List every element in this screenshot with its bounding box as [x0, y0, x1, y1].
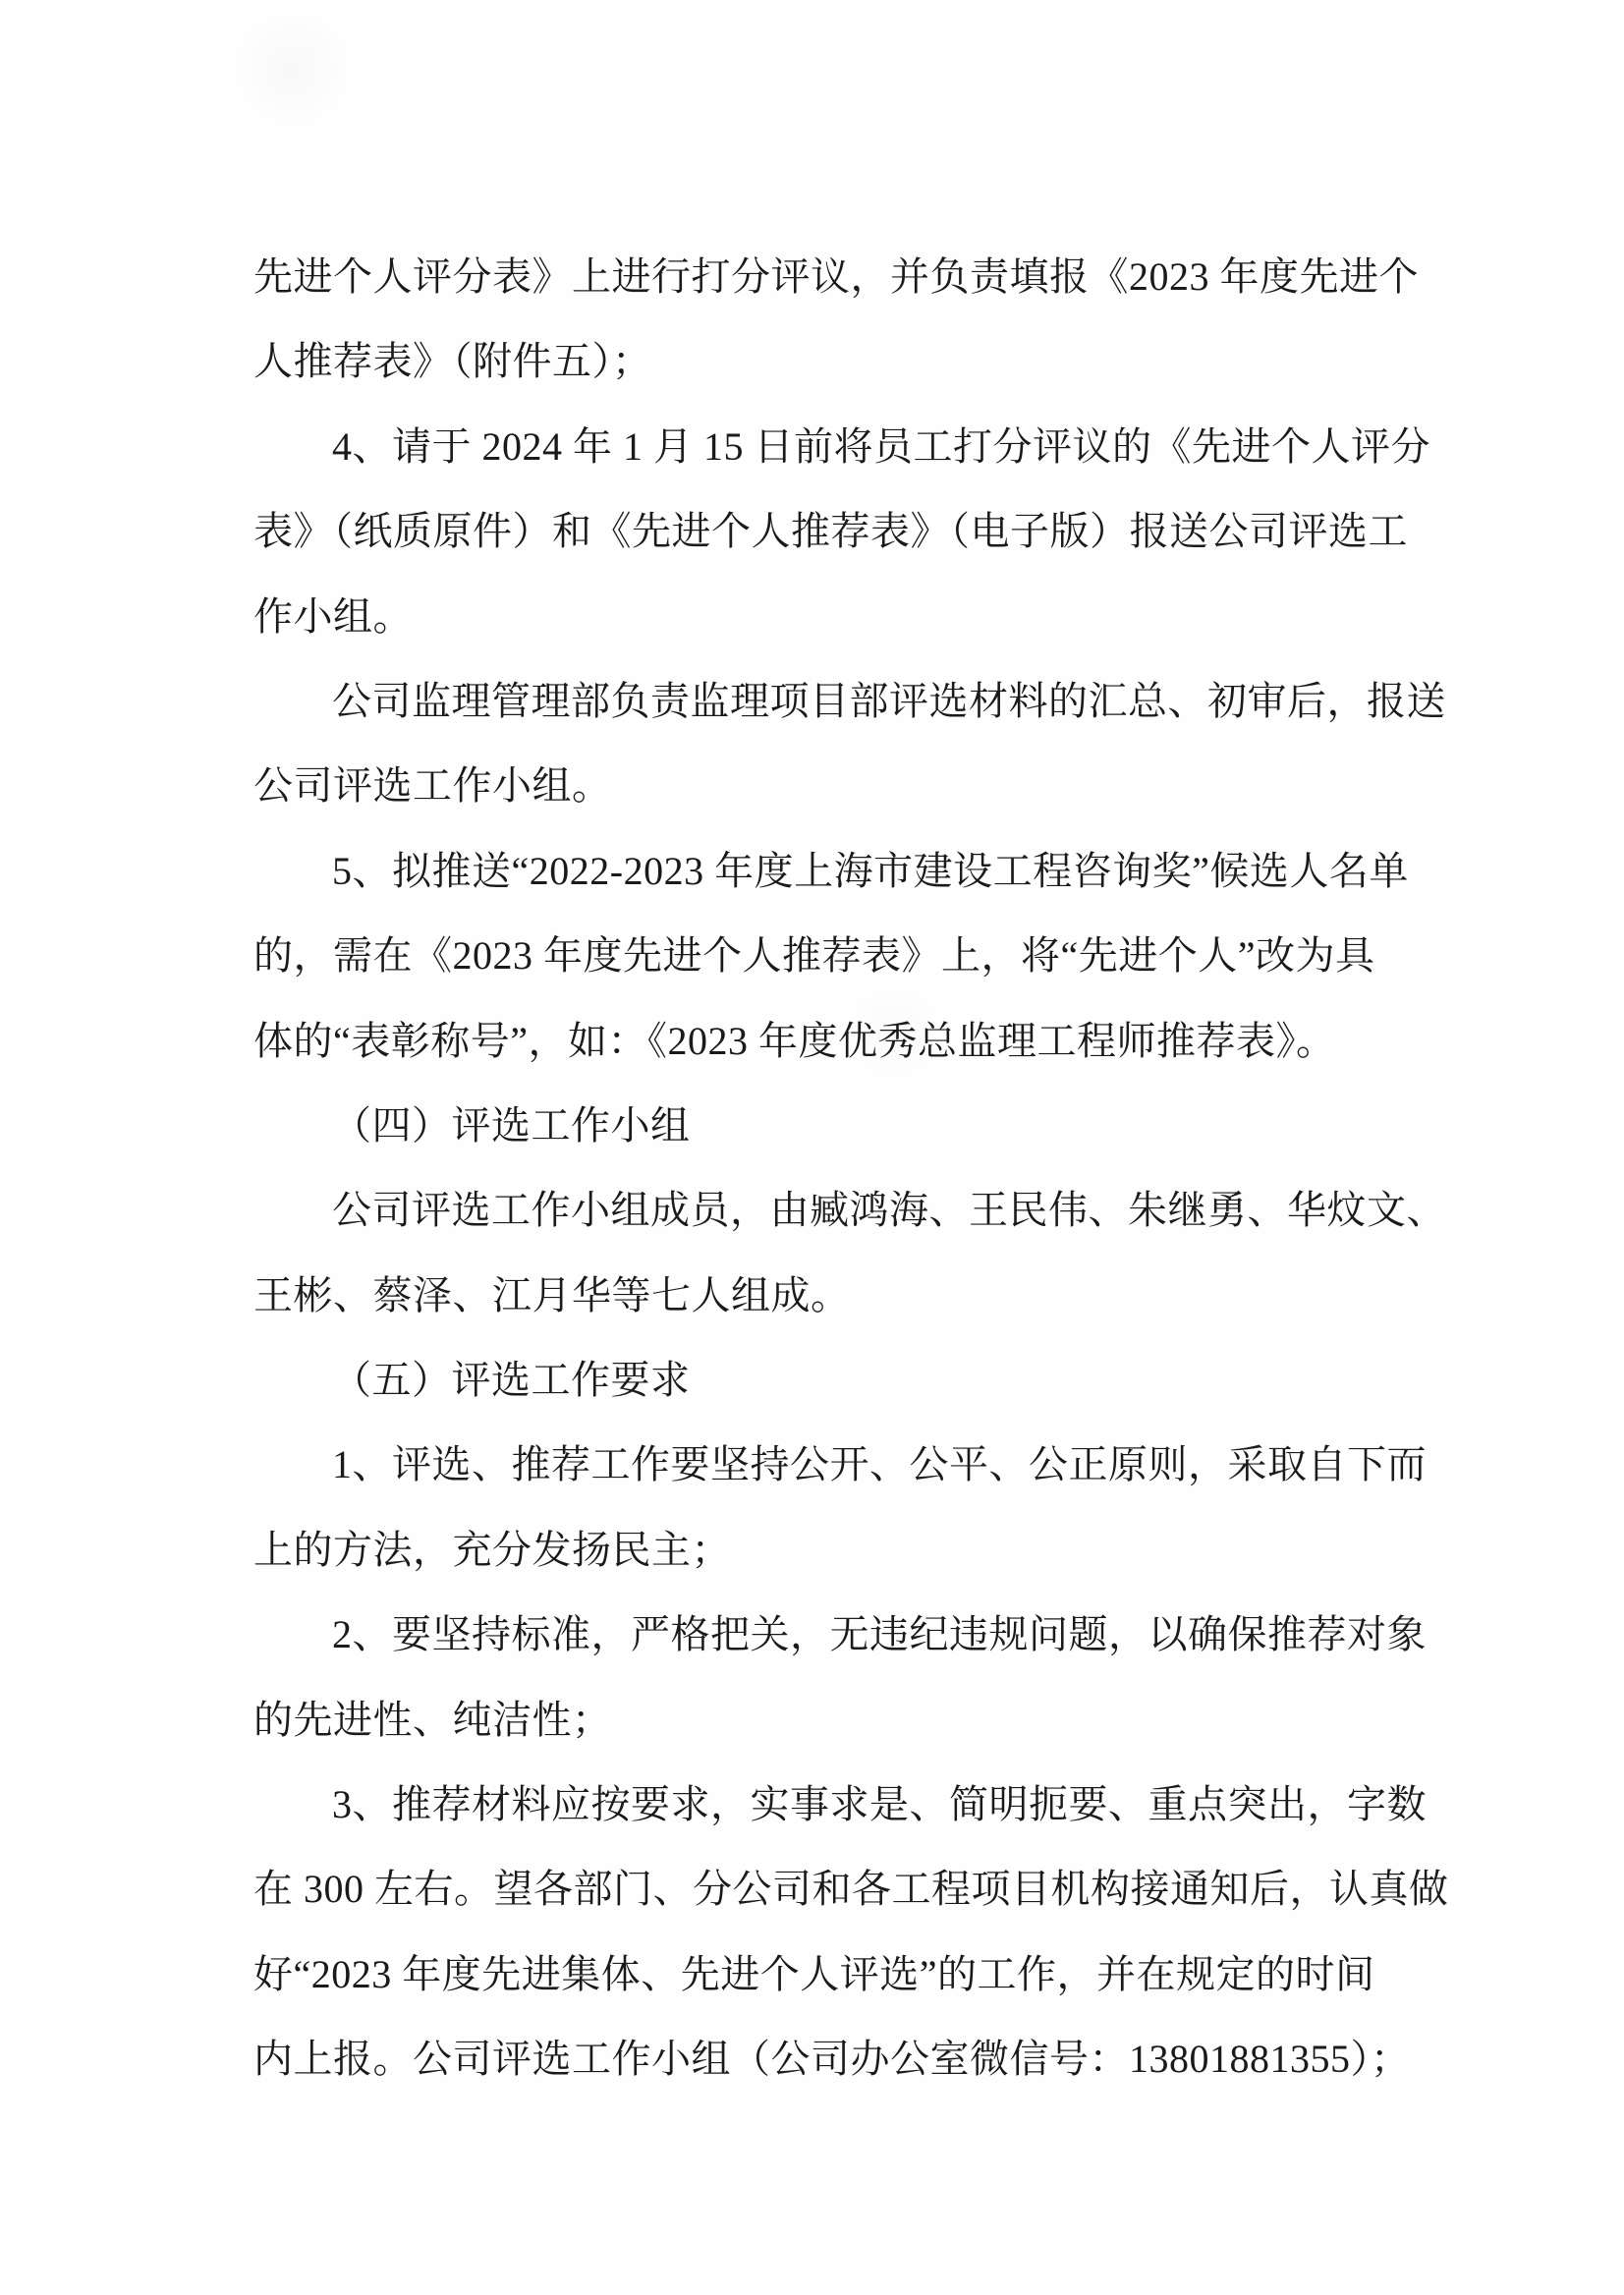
text-line: 1、评选、推荐工作要坚持公开、公平、公正原则，采取自下而 [253, 1423, 1423, 1507]
text-line: 5、拟推送“2022-2023 年度上海市建设工程咨询奖”候选人名单 [253, 829, 1423, 914]
text-line: （五）评选工作要求 [253, 1338, 1423, 1423]
text-line: 2、要坚持标准，严格把关，无违纪违规问题，以确保推荐对象 [253, 1593, 1423, 1677]
text-line: （四）评选工作小组 [253, 1084, 1423, 1168]
text-line: 内上报。公司评选工作小组（公司办公室微信号：13801881355）； [253, 2017, 1423, 2101]
text-line: 公司评选工作小组。 [253, 744, 1423, 828]
text-line: 上的方法，充分发扬民主； [253, 1508, 1423, 1593]
text-line: 先进个人评分表》上进行打分评议，并负责填报《2023 年度先进个 [253, 235, 1423, 319]
text-line: 体的“表彰称号”，如：《2023 年度优秀总监理工程师推荐表》。 [253, 999, 1423, 1084]
text-line: 王彬、蔡泽、江月华等七人组成。 [253, 1254, 1423, 1338]
text-line: 的先进性、纯洁性； [253, 1678, 1423, 1763]
text-line: 作小组。 [253, 575, 1423, 659]
text-line: 表》（纸质原件）和《先进个人推荐表》（电子版）报送公司评选工 [253, 489, 1423, 574]
text-line: 4、请于 2024 年 1 月 15 日前将员工打分评议的《先进个人评分 [253, 405, 1423, 489]
text-line: 在 300 左右。望各部门、分公司和各工程项目机构接通知后，认真做 [253, 1847, 1423, 1931]
text-line: 公司监理管理部负责监理项目部评选材料的汇总、初审后，报送 [253, 659, 1423, 744]
page-text-block: 先进个人评分表》上进行打分评议，并负责填报《2023 年度先进个 人推荐表》（附… [253, 235, 1423, 2102]
text-line: 人推荐表》（附件五）； [253, 319, 1423, 404]
document-page: 先进个人评分表》上进行打分评议，并负责填报《2023 年度先进个 人推荐表》（附… [0, 0, 1624, 2295]
text-line: 好“2023 年度先进集体、先进个人评选”的工作，并在规定的时间 [253, 1932, 1423, 2017]
text-line: 公司评选工作小组成员，由臧鸿海、王民伟、朱继勇、华炆文、 [253, 1168, 1423, 1253]
text-line: 的，需在《2023 年度先进个人推荐表》上，将“先进个人”改为具 [253, 914, 1423, 998]
text-line: 3、推荐材料应按要求，实事求是、简明扼要、重点突出，字数 [253, 1763, 1423, 1847]
